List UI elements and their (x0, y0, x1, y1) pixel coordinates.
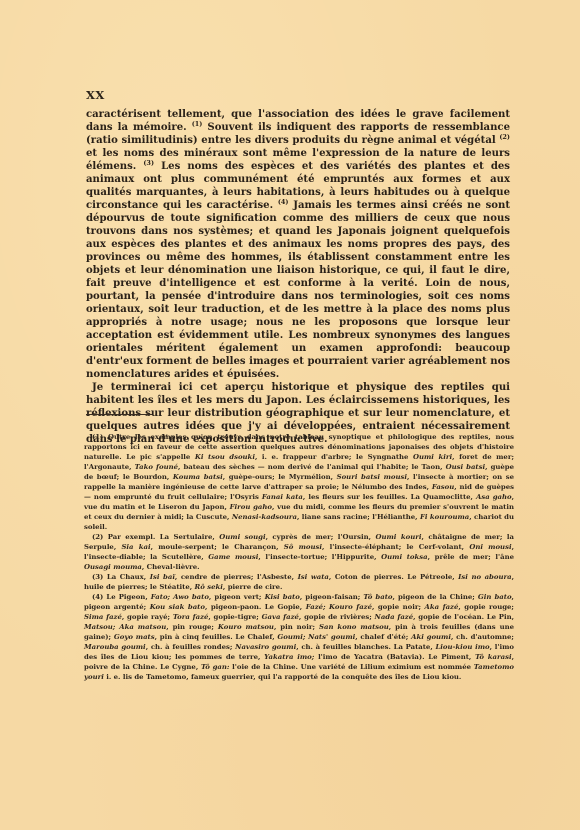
japanese-term: Nada fazé (375, 613, 414, 621)
japanese-term: Navasiro goumi (235, 643, 296, 651)
japanese-term: Tako founé (135, 463, 178, 471)
japanese-term: Ki tsou dsouki (195, 453, 255, 461)
japanese-term: Liou-kiou imo (435, 643, 489, 651)
japanese-term: Tô karasi (475, 653, 512, 661)
japanese-term: Kouma batsi (173, 473, 223, 481)
page-number: XX (86, 88, 105, 102)
japanese-term: Firou gaho (230, 503, 272, 511)
japanese-term: Fato; Awo bato (151, 593, 209, 601)
japanese-term: Tô bato (363, 593, 392, 601)
japanese-term: Fazé; Kouro fazé (306, 603, 372, 611)
japanese-term: Souri batsi mousi (337, 473, 407, 481)
japanese-term: Aka fazé (425, 603, 459, 611)
japanese-term: Asa gaho (476, 493, 512, 501)
book-page: XX caractérisent tellement, que l'associ… (0, 0, 580, 830)
japanese-term: Kisi bato (265, 593, 300, 601)
footnote-1: (1) Outre les exemples qu'on trouve dans… (84, 432, 514, 532)
japanese-term: Tô gan: (201, 663, 230, 671)
footnotes: (1) Outre les exemples qu'on trouve dans… (84, 432, 514, 682)
japanese-term: Tametomo youri (84, 663, 514, 681)
japanese-term: San kono matsou (319, 623, 389, 631)
japanese-term: Isi wata (298, 573, 329, 581)
japanese-term: Sima fazé (84, 613, 122, 621)
japanese-term: Gin bato (478, 593, 512, 601)
footnote-reference: (4) (278, 198, 289, 206)
japanese-term: Goyo mats (114, 633, 155, 641)
japanese-term: Fi kourouma (420, 513, 469, 521)
japanese-term: Rô seki (195, 583, 223, 591)
main-text: caractérisent tellement, que l'associati… (86, 108, 510, 446)
footnote-reference: (1) (192, 120, 203, 128)
footnote-reference: (2) (499, 133, 510, 141)
japanese-term: Oumi kiri (413, 453, 452, 461)
japanese-term: Ousagi mouma (84, 563, 142, 571)
japanese-term: Matsou; Aka matsou (84, 623, 166, 631)
japanese-term: Isi no aboura (458, 573, 511, 581)
japanese-term: Sia kai (121, 543, 150, 551)
footnote-separator-rule (86, 414, 152, 415)
japanese-term: Oumi kouri (375, 533, 421, 541)
body-paragraph: caractérisent tellement, que l'associati… (86, 108, 510, 381)
japanese-term: Aki goumi (411, 633, 451, 641)
japanese-term: Oumi toksa (381, 553, 427, 561)
japanese-term: Ousi batsi (446, 463, 486, 471)
japanese-term: Sô mousi (284, 543, 322, 551)
japanese-term: Isi baï (150, 573, 175, 581)
japanese-term: Nenasi-kadsoura (232, 513, 297, 521)
japanese-term: Yakatra imo; (264, 653, 314, 661)
japanese-term: Gava fazé (262, 613, 299, 621)
footnote-2: (2) Par exempl. La Sertulaire, Oumi soug… (84, 532, 514, 572)
japanese-term: Fanai kata (262, 493, 303, 501)
japanese-term: Oni mousi (469, 543, 511, 551)
japanese-term: Game mousi (208, 553, 258, 561)
japanese-term: Tora fazé (173, 613, 209, 621)
japanese-term: Goumi; Nats' goumi (277, 633, 355, 641)
japanese-term: Kouro matsou (218, 623, 274, 631)
footnote-reference: (3) (143, 159, 154, 167)
japanese-term: Marouba goumi (84, 643, 146, 651)
footnote-4: (4) Le Pigeon, Fato; Awo bato, pigeon ve… (84, 592, 514, 682)
japanese-term: Oumi sougi (219, 533, 265, 541)
footnote-3: (3) La Chaux, Isi baï, cendre de pierres… (84, 572, 514, 592)
japanese-term: Kou siak bato (150, 603, 205, 611)
japanese-term: Fasou (432, 483, 454, 491)
